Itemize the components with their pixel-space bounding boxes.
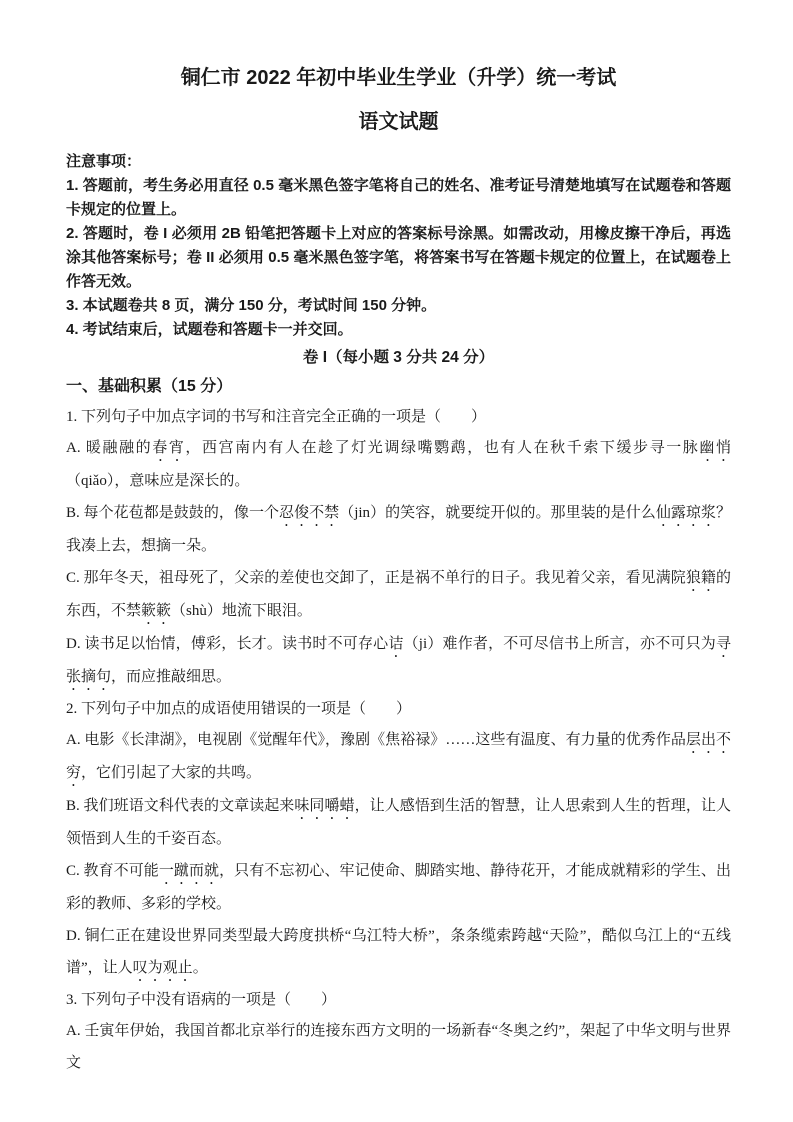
emphasized-text: 一蹴而就 bbox=[159, 863, 219, 879]
question-2-stem: 2. 下列句子中加点的成语使用错误的一项是（ ） bbox=[66, 694, 731, 724]
question-2-option-a: A. 电影《长津湖》，电视剧《觉醒年代》，豫剧《焦裕禄》……这些有温度、有力量的… bbox=[66, 724, 731, 790]
question-3-stem: 3. 下列句子中没有语病的一项是（ ） bbox=[66, 985, 731, 1015]
text-segment: C. 教育不可能 bbox=[66, 863, 159, 879]
text-segment: （ji）难作者，不可尽信书上所言，亦不可只为 bbox=[404, 636, 716, 652]
notice-item-2: 2. 答题时，卷 I 必须用 2B 铅笔把答题卡上对应的答案标号涂黑。如需改动，… bbox=[66, 222, 731, 294]
notice-item-3: 3. 本试题卷共 8 页，满分 150 分，考试时间 150 分钟。 bbox=[66, 294, 731, 318]
question-1-stem: 1. 下列句子中加点字词的书写和注音完全正确的一项是（ ） bbox=[66, 402, 731, 432]
exam-paper: 铜仁市 2022 年初中毕业生学业（升学）统一考试 语文试题 注意事项： 1. … bbox=[0, 0, 793, 1079]
section-heading: 卷 I（每小题 3 分共 24 分） bbox=[66, 344, 731, 372]
emphasized-text: 诘 bbox=[388, 636, 403, 652]
text-segment: ，它们引起了大家的共鸣。 bbox=[81, 765, 261, 781]
exam-title: 铜仁市 2022 年初中毕业生学业（升学）统一考试 bbox=[66, 64, 731, 92]
emphasized-text: 味同嚼蜡 bbox=[294, 798, 354, 814]
question-3-option-a: A. 壬寅年伊始，我国首都北京举行的连接东西方文明的一场新春“冬奥之约”，架起了… bbox=[66, 1015, 731, 1079]
text-segment: （qiǎo），意味应是深长的。 bbox=[66, 473, 249, 489]
emphasized-text: 簌簌 bbox=[141, 603, 171, 619]
notice-item-4: 4. 考试结束后，试题卷和答题卡一并交回。 bbox=[66, 318, 731, 342]
text-segment: A. 暖融融的 bbox=[66, 440, 152, 456]
text-segment: ，西宫南内有人在趁了灯光调绿嘴鹦鹉，也有人在秋千索下缓步寻一脉 bbox=[185, 440, 699, 456]
text-segment: （jin）的笑容，就要绽开似的。那里装的是什么 bbox=[339, 505, 656, 521]
notices-block: 注意事项： 1. 答题前，考生务必用直径 0.5 毫米黑色签字笔将自己的姓名、准… bbox=[66, 150, 731, 342]
subsection-heading: 一、基础积累（15 分） bbox=[66, 372, 731, 402]
emphasized-text: 叹为观止 bbox=[133, 960, 193, 976]
emphasized-text: 忍俊不禁 bbox=[279, 505, 339, 521]
text-segment: B. 我们班语文科代表的文章读起来 bbox=[66, 798, 294, 814]
question-1-option-d: D. 读书足以怡情，傅彩，长才。读书时不可存心诘（ji）难作者，不可尽信书上所言… bbox=[66, 628, 731, 694]
notice-item-1: 1. 答题前，考生务必用直径 0.5 毫米黑色签字笔将自己的姓名、准考证号清楚地… bbox=[66, 174, 731, 222]
text-segment: A. 电影《长津湖》，电视剧《觉醒年代》，豫剧《焦裕禄》……这些有温度、有力量的… bbox=[66, 732, 686, 748]
text-segment: ，而应推敲细思。 bbox=[111, 669, 231, 685]
text-segment: （shù）地流下眼泪。 bbox=[171, 603, 312, 619]
question-1-option-c: C. 那年冬天，祖母死了，父亲的差使也交卸了，正是祸不单行的日子。我见着父亲，看… bbox=[66, 562, 731, 628]
notices-heading: 注意事项： bbox=[66, 150, 731, 174]
emphasized-text: 狼籍 bbox=[686, 570, 716, 586]
emphasized-text: 春宵 bbox=[152, 440, 185, 456]
question-1-option-a: A. 暖融融的春宵，西宫南内有人在趁了灯光调绿嘴鹦鹉，也有人在秋千索下缓步寻一脉… bbox=[66, 432, 731, 497]
emphasized-text: 仙露琼浆 bbox=[656, 505, 716, 521]
emphasized-text: 幽悄 bbox=[699, 440, 731, 456]
text-segment: D. 读书足以怡情，傅彩，长才。读书时不可存心 bbox=[66, 636, 388, 652]
question-2-option-d: D. 铜仁正在建设世界同类型最大跨度拱桥“乌江特大桥”，条条缆索跨越“天险”，酷… bbox=[66, 920, 731, 985]
exam-subtitle: 语文试题 bbox=[66, 108, 731, 136]
question-3: 3. 下列句子中没有语病的一项是（ ） A. 壬寅年伊始，我国首都北京举行的连接… bbox=[66, 985, 731, 1079]
question-1-option-b: B. 每个花苞都是鼓鼓的，像一个忍俊不禁（jin）的笑容，就要绽开似的。那里装的… bbox=[66, 497, 731, 562]
question-2-option-b: B. 我们班语文科代表的文章读起来味同嚼蜡，让人感悟到生活的智慧，让人思索到人生… bbox=[66, 790, 731, 855]
text-segment: A. 壬寅年伊始，我国首都北京举行的连接东西方文明的一场新春“冬奥之约”，架起了… bbox=[66, 1023, 731, 1071]
question-2-option-c: C. 教育不可能一蹴而就，只有不忘初心、牢记使命、脚踏实地、静待花开，才能成就精… bbox=[66, 855, 731, 920]
question-1: 1. 下列句子中加点字词的书写和注音完全正确的一项是（ ） A. 暖融融的春宵，… bbox=[66, 402, 731, 694]
text-segment: 。 bbox=[193, 960, 208, 976]
question-2: 2. 下列句子中加点的成语使用错误的一项是（ ） A. 电影《长津湖》，电视剧《… bbox=[66, 694, 731, 985]
text-segment: B. 每个花苞都是鼓鼓的，像一个 bbox=[66, 505, 279, 521]
text-segment: C. 那年冬天，祖母死了，父亲的差使也交卸了，正是祸不单行的日子。我见着父亲，看… bbox=[66, 570, 686, 586]
